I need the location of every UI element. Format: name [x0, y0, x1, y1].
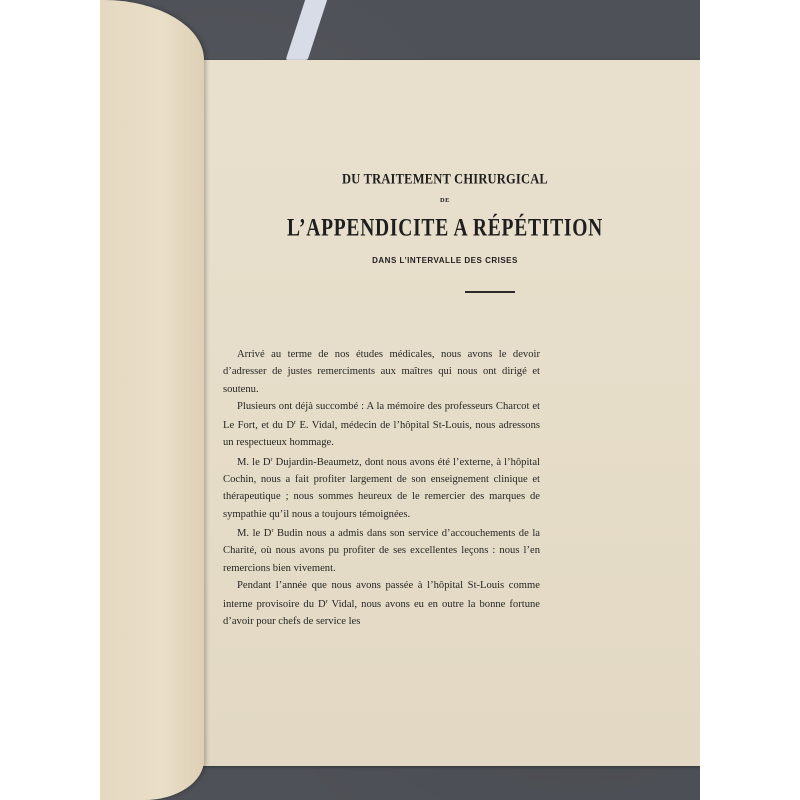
paragraph-4: M. le Dr Budin nous a admis dans son ser… [223, 523, 540, 577]
title-line-1: DU TRAITEMENT CHIRURGICAL [178, 171, 700, 188]
bookmark-strip [286, 0, 331, 60]
paragraph-1: Arrivé au terme de nos études médicales,… [223, 346, 540, 398]
paragraph-2: Plusieurs ont déjà succombé : A la mémoi… [223, 398, 540, 452]
book-photo: DU TRAITEMENT CHIRURGICAL DE L’APPENDICI… [100, 0, 700, 800]
paragraph-5: Pendant l’année que nous avons passée à … [223, 577, 540, 631]
title-subtitle: DANS L’INTERVALLE DES CRISES [178, 256, 700, 265]
page-title: L’APPENDICITE A RÉPÉTITION [197, 213, 694, 243]
title-divider [465, 291, 515, 293]
paragraph-3: M. le Dr Dujardin-Beaumetz, dont nous av… [223, 452, 540, 523]
left-page-curled [100, 0, 204, 800]
body-text: Arrivé au terme de nos études médicales,… [223, 346, 540, 631]
title-connector: DE [178, 197, 700, 204]
